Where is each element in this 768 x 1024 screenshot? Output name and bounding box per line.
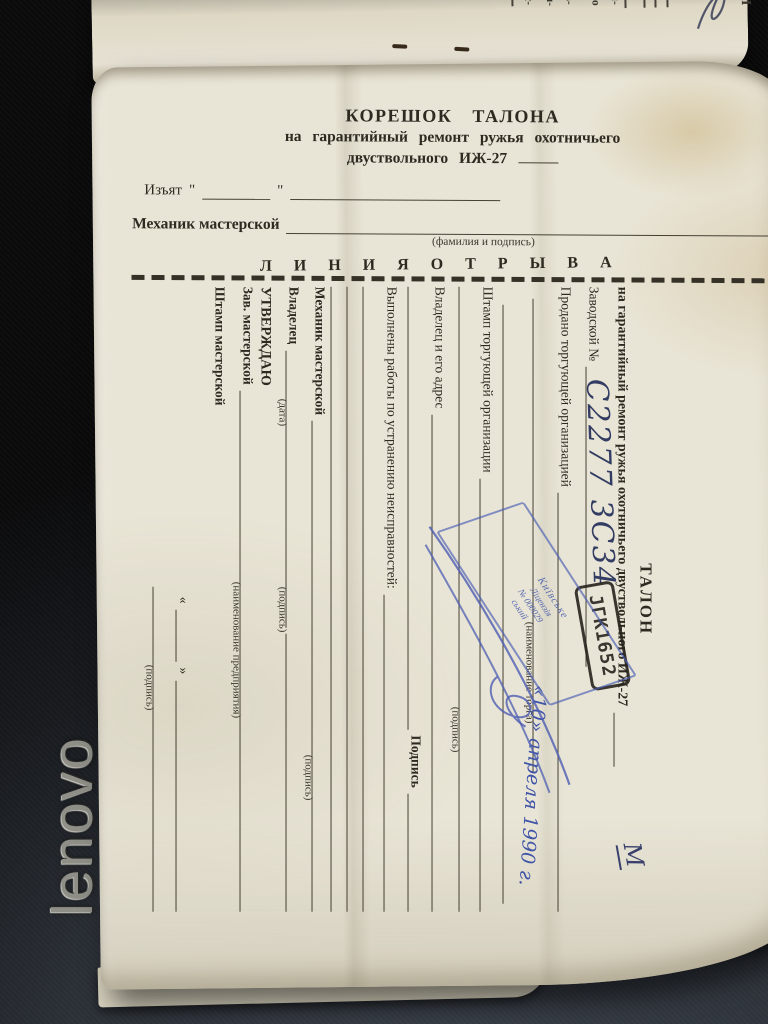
owner-date-hint: (дата) [277,399,289,426]
blank-line [312,421,327,912]
shop-stamp-label: Штамп мастерской [212,287,228,406]
tear-dashed-line [131,275,768,283]
mechanic-hint: (фамилия и подпись) [432,236,768,250]
works-blank-row [363,287,378,912]
owner-sign-hint: (подпись) [277,587,289,633]
final-sign-row [153,587,168,912]
tear-line-label: Л И Н И Я О Т Р Ы В А [93,252,768,277]
final-sign-hint: (подпись) [144,665,156,711]
coupon-stub-section: КОРЕШОК ТАЛОНА на гарантийный ремонт руж… [132,104,768,249]
shop-mechanic-row: Механик мастерской [312,287,328,912]
line-end-mark [511,0,513,6]
blank-line [331,287,346,912]
blank-line [176,680,191,912]
blank-line [408,794,423,912]
sold-by-label: Продано торгующей организацией [558,287,574,487]
text-fragment: ано [589,0,601,6]
factory-number-label: Заводской № [586,287,602,361]
talon-section: ТАЛОН на гарантийный ремонт ружья охотни… [144,287,656,912]
seized-row: Изъят " " [144,182,564,201]
quote-close: » [176,668,192,675]
line-end-mark [666,0,668,7]
line-end-mark [643,0,645,8]
blank-line [290,185,500,201]
works-blank-row [347,287,362,912]
quote-open: " [189,183,195,200]
trade-stamp-label: Штамп торгующей организации [480,287,496,473]
photo-of-warranty-coupon: lenovo ес- ни- ев- ано ни- И КОРЕШОК ТАЛ… [0,0,768,1024]
works-done-row: Выполнены работы по устранению неисправн… [384,287,400,912]
blank-line [286,634,301,912]
handwritten-flourish [689,0,746,35]
works-blank-row [331,287,346,912]
blank-line [153,587,168,912]
staple [392,44,407,49]
line-end-mark [654,0,656,7]
line-end-mark [624,0,626,8]
owner-address-label: Владелец и его адрес [432,287,448,409]
quote-close: " [277,183,283,200]
shop-head-label: Зав. мастерской [240,287,256,385]
blank-line [347,287,362,912]
approved-label: УТВЕРЖДАЮ [257,287,274,386]
quote-open: « [176,597,192,604]
handwritten-model-mark: М [616,840,650,869]
talon-title: ТАЛОН [636,287,656,912]
text-fragment: ни- [609,0,621,5]
lenovo-logo: lenovo [40,736,106,916]
stub-model-text: двуствольного ИЖ-27 [347,149,507,167]
blank-line [202,185,270,200]
owner-label: Владелец [286,287,302,345]
blank-line [176,610,191,662]
text-fragment: ни- [544,0,556,6]
shop-mechanic-hint: (подпись) [303,755,315,801]
shop-head-hint: (наименование предприятия) [231,582,243,718]
date-quotes-row: « » [176,597,192,912]
seized-label: Изъят [144,182,182,199]
text-fragment: ес- [522,0,534,5]
blank-line [287,219,768,237]
staple [454,47,469,52]
approved-row: УТВЕРЖДАЮ [257,287,274,912]
text-fragment: ев- [563,0,575,5]
stub-subtitle: на гарантийный ремонт ружья охотничьего [133,127,768,148]
mechanic-row: Механик мастерской [132,215,768,236]
warranty-coupon-page: КОРЕШОК ТАЛОНА на гарантийный ремонт руж… [91,60,768,989]
handwritten-signature [418,515,578,805]
mechanic-label: Механик мастерской [132,215,280,234]
shop-mechanic-label: Механик мастерской [312,287,328,415]
blank-line [518,148,558,163]
stub-title: КОРЕШОК ТАЛОНА [133,104,768,128]
blank-line [363,287,378,912]
shop-stamp-row: Штамп мастерской [212,287,228,912]
stub-model-line: двуствольного ИЖ-27 [132,146,768,169]
blank-line [384,595,399,912]
works-done-label: Выполнены работы по устранению неисправн… [384,287,400,589]
